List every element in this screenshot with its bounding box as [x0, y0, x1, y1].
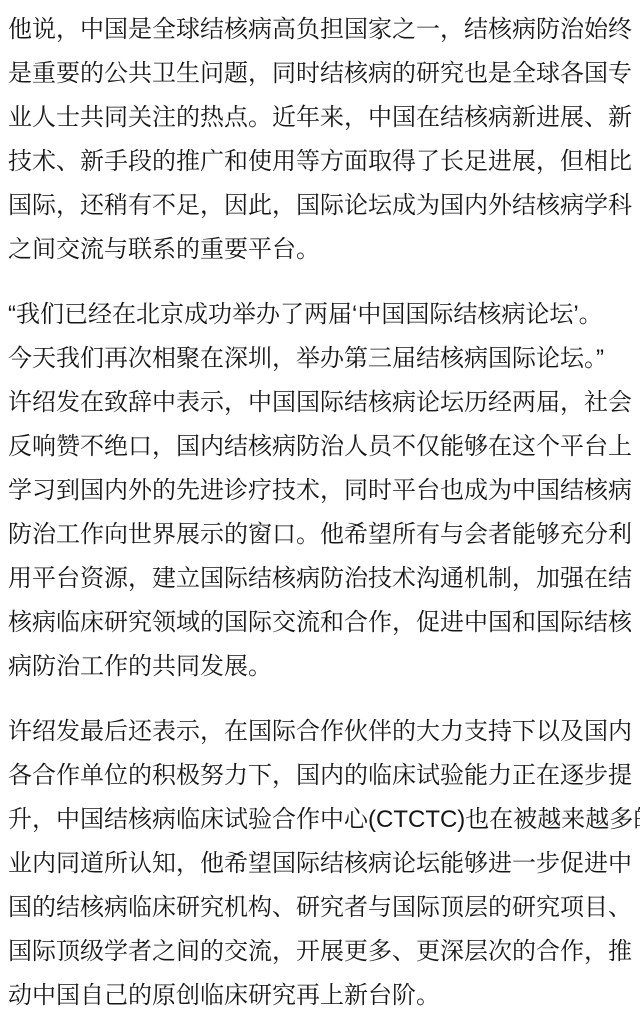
text-line: 他说，中国是全球结核病高负担国家之一，结核病防治始终 — [8, 8, 632, 52]
text-line: 今天我们再次相聚在深圳，举办第三届结核病国际论坛。” — [8, 337, 632, 381]
article-body: 他说，中国是全球结核病高负担国家之一，结核病防治始终是重要的公共卫生问题，同时结… — [0, 0, 640, 1019]
text-line: 许绍发最后还表示，在国际合作伙伴的大力支持下以及国内 — [8, 710, 632, 754]
text-line: 动中国自己的原创临床研究再上新台阶。 — [8, 974, 632, 1018]
text-line: 防治工作向世界展示的窗口。他希望所有与会者能够充分利 — [8, 513, 632, 557]
text-line: 升，中国结核病临床试验合作中心(CTCTC)也在被越来越多的 — [8, 798, 632, 842]
article-paragraph: 许绍发最后还表示，在国际合作伙伴的大力支持下以及国内各合作单位的积极努力下，国内… — [8, 710, 632, 1018]
text-line: 学习到国内外的先进诊疗技术，同时平台也成为中国结核病 — [8, 469, 632, 513]
text-line: 许绍发在致辞中表示，中国国际结核病论坛历经两届，社会 — [8, 381, 632, 425]
text-line: 之间交流与联系的重要平台。 — [8, 228, 632, 272]
text-line: 核病临床研究领域的国际交流和合作，促进中国和国际结核 — [8, 601, 632, 645]
text-line: 国际顶级学者之间的交流，开展更多、更深层次的合作，推 — [8, 930, 632, 974]
text-line: 反响赞不绝口，国内结核病防治人员不仅能够在这个平台上 — [8, 425, 632, 469]
text-line: 各合作单位的积极努力下，国内的临床试验能力正在逐步提 — [8, 754, 632, 798]
text-line: 技术、新手段的推广和使用等方面取得了长足进展，但相比 — [8, 140, 632, 184]
text-line: 国际，还稍有不足，因此，国际论坛成为国内外结核病学科 — [8, 184, 632, 228]
text-line: 业内同道所认知，他希望国际结核病论坛能够进一步促进中 — [8, 842, 632, 886]
article-paragraph: 他说，中国是全球结核病高负担国家之一，结核病防治始终是重要的公共卫生问题，同时结… — [8, 8, 632, 272]
text-line: 国的结核病临床研究机构、研究者与国际顶层的研究项目、 — [8, 886, 632, 930]
text-line: “我们已经在北京成功举办了两届‘中国国际结核病论坛’。 — [8, 293, 632, 337]
text-line: 病防治工作的共同发展。 — [8, 645, 632, 689]
article-paragraph: “我们已经在北京成功举办了两届‘中国国际结核病论坛’。今天我们再次相聚在深圳，举… — [8, 293, 632, 689]
text-line: 用平台资源，建立国际结核病防治技术沟通机制，加强在结 — [8, 557, 632, 601]
text-line: 业人士共同关注的热点。近年来，中国在结核病新进展、新 — [8, 96, 632, 140]
text-line: 是重要的公共卫生问题，同时结核病的研究也是全球各国专 — [8, 52, 632, 96]
